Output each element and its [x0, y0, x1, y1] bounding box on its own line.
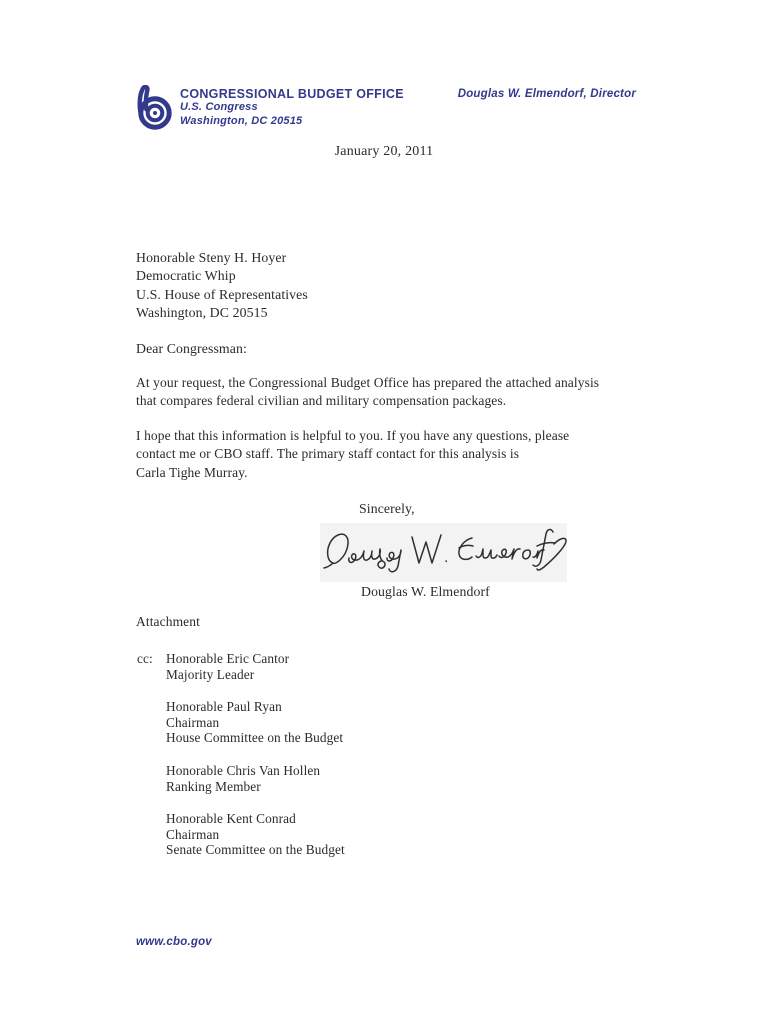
body-paragraph-2: I hope that this information is helpful …	[136, 427, 569, 482]
letter-page: CONGRESSIONAL BUDGET OFFICE U.S. Congres…	[0, 0, 768, 1024]
recipient-address: Honorable Steny H. Hoyer Democratic Whip…	[136, 249, 308, 322]
cc-line: Ranking Member	[166, 779, 345, 795]
letter-date: January 20, 2011	[0, 144, 768, 160]
cc-line: Honorable Chris Van Hollen	[166, 763, 345, 779]
signature-image	[320, 523, 567, 582]
org-name: CONGRESSIONAL BUDGET OFFICE	[180, 87, 404, 101]
org-address-line: Washington, DC 20515	[180, 115, 404, 129]
attachment-note: Attachment	[136, 614, 200, 630]
cc-line: Honorable Eric Cantor	[166, 651, 345, 667]
org-congress-line: U.S. Congress	[180, 101, 404, 115]
body-paragraph-1: At your request, the Congressional Budge…	[136, 374, 599, 411]
cc-line: Majority Leader	[166, 667, 345, 683]
org-identity: CONGRESSIONAL BUDGET OFFICE U.S. Congres…	[180, 87, 404, 128]
recipient-line: Washington, DC 20515	[136, 304, 308, 322]
recipient-line: U.S. House of Representatives	[136, 286, 308, 304]
website-url: www.cbo.gov	[136, 936, 212, 948]
salutation: Dear Congressman:	[136, 341, 247, 357]
director-name: Douglas W. Elmendorf, Director	[458, 88, 636, 100]
recipient-line: Democratic Whip	[136, 267, 308, 285]
cc-label: cc:	[137, 651, 153, 667]
valediction: Sincerely,	[359, 501, 415, 517]
body-line: contact me or CBO staff. The primary sta…	[136, 445, 569, 463]
cc-line: Honorable Paul Ryan	[166, 699, 345, 715]
body-line: that compares federal civilian and milit…	[136, 392, 599, 410]
typed-signer-name: Douglas W. Elmendorf	[361, 584, 490, 600]
body-line: Carla Tighe Murray.	[136, 464, 569, 482]
cc-entries: Honorable Eric Cantor Majority Leader Ho…	[166, 651, 345, 858]
cbo-spiral-logo-icon	[133, 85, 174, 131]
cc-line: Chairman	[166, 827, 345, 843]
cc-entry: Honorable Paul Ryan Chairman House Commi…	[166, 699, 345, 746]
cc-line: Senate Committee on the Budget	[166, 842, 345, 858]
recipient-line: Honorable Steny H. Hoyer	[136, 249, 308, 267]
cc-line: Chairman	[166, 715, 345, 731]
body-line: I hope that this information is helpful …	[136, 427, 569, 445]
cc-entry: Honorable Kent Conrad Chairman Senate Co…	[166, 811, 345, 858]
cc-section: cc: Honorable Eric Cantor Majority Leade…	[136, 651, 345, 858]
cc-entry: Honorable Chris Van Hollen Ranking Membe…	[166, 763, 345, 794]
body-line: At your request, the Congressional Budge…	[136, 374, 599, 392]
cc-line: Honorable Kent Conrad	[166, 811, 345, 827]
cc-line: House Committee on the Budget	[166, 730, 345, 746]
cc-entry: Honorable Eric Cantor Majority Leader	[166, 651, 345, 682]
